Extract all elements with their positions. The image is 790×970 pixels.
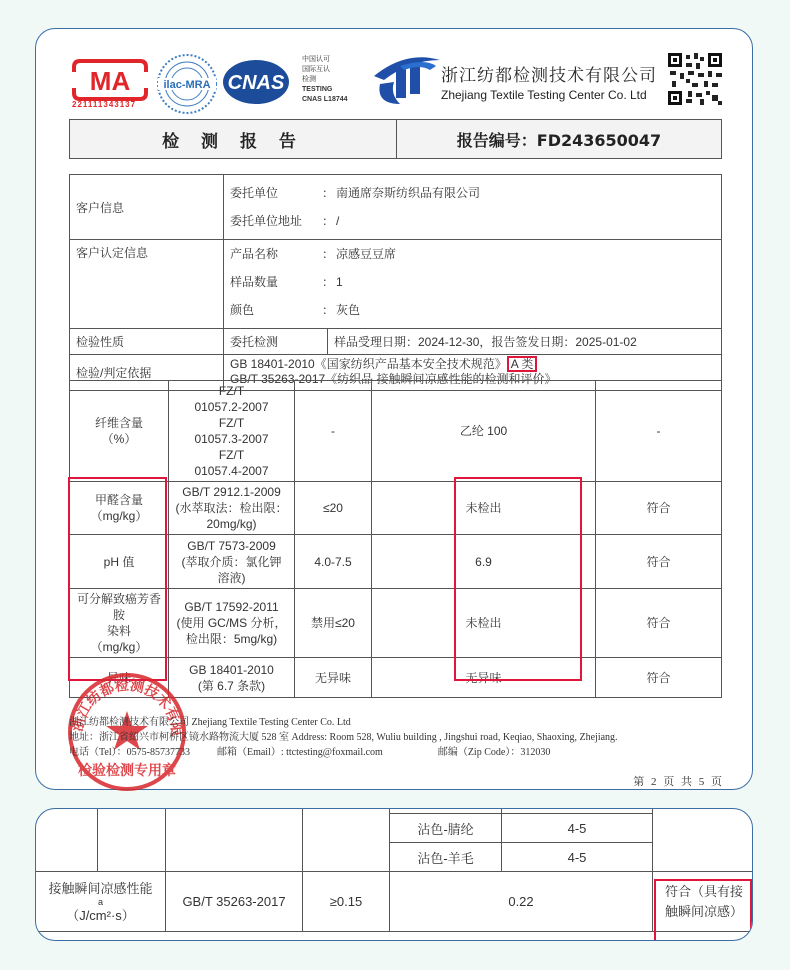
header-logos: MA 221111343137 ilac-MRA CNAS 中国认可 国际互认 …: [36, 29, 754, 119]
cool-feeling-verdict: 符合（具有接 触瞬间凉感）: [653, 872, 754, 932]
result-verdict: 符合: [596, 535, 722, 589]
customer-info-label: 客户信息: [70, 175, 224, 240]
color-row: 颜色：灰色: [230, 296, 715, 324]
footer-contacts: 电话（Tel）：0575-85737733 邮箱（Email）: ttctest…: [69, 745, 618, 760]
cma-number: 221111343137: [72, 100, 136, 109]
report-page-2-card: 沾色-聚酯纤维 4-5 沾色-腈纶 4-5 沾色-羊毛 4-5 接触瞬间凉感性能…: [35, 808, 753, 941]
footer-address: 地址：浙江省绍兴市柯桥区镜水路物流大厦 528 室 Address: Room …: [69, 730, 618, 745]
company-name-en: Zhejiang Textile Testing Center Co. Ltd: [441, 88, 647, 102]
results-row: pH 值GB/T 7573-2009 (萃取介质：氯化钾 溶液)4.0-7.56…: [70, 535, 722, 589]
result-limit: 禁用≤20: [295, 589, 372, 658]
product-value: 凉感豆豆席: [336, 240, 396, 268]
svg-text:CNAS: CNAS: [228, 72, 285, 94]
quantity-row: 样品数量：1: [230, 268, 715, 296]
inspection-nature-value: 委托检测: [224, 329, 328, 355]
result-result: 6.9: [372, 535, 596, 589]
product-row: 产品名称：凉感豆豆席: [230, 240, 715, 268]
client-address-value: /: [336, 207, 339, 235]
dates-value: 样品受理日期：2024-12-30，报告签发日期：2025-01-02: [328, 329, 722, 355]
result-verdict: 符合: [596, 482, 722, 535]
result-verdict: -: [596, 381, 722, 482]
footer-email: 邮箱（Email）: ttctesting@foxmail.com: [217, 747, 383, 758]
results-row: 甲醛含量 （mg/kg）GB/T 2912.1-2009 (水萃取法：检出限： …: [70, 482, 722, 535]
result-limit: -: [295, 381, 372, 482]
inspection-nature-label: 检验性质: [70, 329, 224, 355]
company-logo-icon: [370, 54, 442, 109]
client-address-row: 委托单位地址：/: [230, 207, 715, 235]
stain-value: 4-5: [502, 843, 653, 872]
stain-value: 4-5: [502, 814, 653, 843]
cool-feeling-result: 0.22: [390, 872, 653, 932]
result-limit: 无异味: [295, 658, 372, 698]
cma-logo-icon: MA: [72, 57, 148, 103]
result-result: 乙纶 100: [372, 381, 596, 482]
cool-feeling-method: GB/T 35263-2017: [166, 872, 303, 932]
result-method: FZ/T 01057.2-2007 FZ/T 01057.3-2007 FZ/T…: [169, 381, 295, 482]
cnas-logo-icon: CNAS: [221, 57, 291, 107]
result-method: GB/T 2912.1-2009 (水萃取法：检出限： 20mg/kg): [169, 482, 295, 535]
basis-class-highlight: A 类: [507, 356, 538, 372]
result-method: GB/T 7573-2009 (萃取介质：氯化钾 溶液): [169, 535, 295, 589]
qr-code-icon: [668, 53, 722, 105]
confirmed-info-label: 客户认定信息: [70, 240, 224, 329]
results-table: 纤维含量 （%）FZ/T 01057.2-2007 FZ/T 01057.3-2…: [69, 380, 722, 698]
result-result: 无异味: [372, 658, 596, 698]
footer-company: 浙江纺都检测技术有限公司 Zhejiang Textile Testing Ce…: [69, 715, 618, 730]
stain-label: 沾色-羊毛: [390, 843, 502, 872]
client-value: 南通席奈斯纺织品有限公司: [336, 179, 480, 207]
result-method: GB/T 17592-2011 (使用 GC/MS 分析， 检出限：5mg/kg…: [169, 589, 295, 658]
result-item: 纤维含量 （%）: [70, 381, 169, 482]
result-item: 甲醛含量 （mg/kg）: [70, 482, 169, 535]
result-verdict: 符合: [596, 589, 722, 658]
svg-text:检验检测专用章: 检验检测专用章: [78, 762, 176, 779]
results-row: 可分解致癌芳香胺 染料 （mg/kg）GB/T 17592-2011 (使用 G…: [70, 589, 722, 658]
cnas-text: 中国认可 国际互认 检测 TESTING CNAS L18744: [302, 55, 348, 105]
result-item: 可分解致癌芳香胺 染料 （mg/kg）: [70, 589, 169, 658]
result-result: 未检出: [372, 482, 596, 535]
report-page-card: MA 221111343137 ilac-MRA CNAS 中国认可 国际互认 …: [35, 28, 753, 790]
stain-label: 沾色-腈纶: [390, 814, 502, 843]
footer-tel: 电话（Tel）：0575-85737733: [69, 747, 190, 758]
footer-zip: 邮编（Zip Code）：312030: [438, 747, 551, 758]
result-result: 未检出: [372, 589, 596, 658]
result-limit: ≤20: [295, 482, 372, 535]
report-info-table: 客户信息 委托单位：南通席奈斯纺织品有限公司 委托单位地址：/ 客户认定信息 产…: [69, 174, 722, 391]
cool-feeling-limit: ≥0.15: [303, 872, 390, 932]
company-footer: 浙江纺都检测技术有限公司 Zhejiang Textile Testing Ce…: [69, 715, 618, 760]
client-row: 委托单位：南通席奈斯纺织品有限公司: [230, 179, 715, 207]
svg-text:MA: MA: [90, 66, 131, 96]
report-title-bar: 检 测 报 告 报告编号：FD243650047: [69, 119, 722, 159]
color-value: 灰色: [336, 296, 360, 324]
basis-line-1: GB 18401-2010《国家纺织产品基本安全技术规范》A 类: [230, 357, 715, 372]
page-number: 第 2 页 共 5 页: [633, 773, 724, 789]
results-row: 纤维含量 （%）FZ/T 01057.2-2007 FZ/T 01057.3-2…: [70, 381, 722, 482]
colorfastness-table: 沾色-聚酯纤维 4-5 沾色-腈纶 4-5 沾色-羊毛 4-5 接触瞬间凉感性能…: [35, 808, 753, 932]
company-name-cn: 浙江纺都检测技术有限公司: [441, 61, 657, 86]
report-title: 检 测 报 告: [70, 120, 397, 158]
ilac-mra-logo-icon: ilac-MRA: [156, 53, 218, 115]
result-verdict: 符合: [596, 658, 722, 698]
result-limit: 4.0-7.5: [295, 535, 372, 589]
svg-text:ilac-MRA: ilac-MRA: [163, 79, 210, 91]
report-number: 报告编号：FD243650047: [397, 120, 721, 158]
cool-feeling-item: 接触瞬间凉感性能 a （J/cm²·s）: [36, 872, 166, 932]
quantity-value: 1: [336, 268, 343, 296]
result-item: pH 值: [70, 535, 169, 589]
